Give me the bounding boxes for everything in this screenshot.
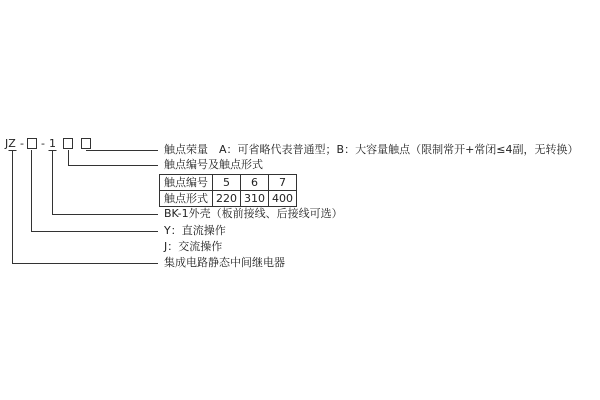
slot-box-contact-form	[63, 138, 73, 149]
model-dash: -	[20, 137, 24, 150]
table-row: 触点编号 5 6 7	[160, 175, 297, 191]
contact-spec-table: 触点编号 5 6 7 触点形式 220 310 400	[159, 174, 297, 207]
model-code-diagram: JZ - - 1 触点荣量 A：可省略代表普通型；B：大容量触点（限制常开+常闭…	[0, 0, 600, 400]
model-prefix: JZ	[5, 137, 16, 150]
slot-box-contact-capacity	[81, 138, 91, 149]
label-ac-operation: J：交流操作	[164, 240, 222, 254]
label-product-name: 集成电路静态中间继电器	[164, 256, 285, 270]
table-cell: 7	[269, 175, 297, 191]
model-dash: -	[41, 137, 45, 150]
connector-lines	[0, 0, 600, 400]
model-digit: 1	[49, 137, 56, 150]
slot-box-operation	[27, 138, 37, 149]
table-row-header: 触点形式	[160, 191, 213, 207]
label-contact-number-form: 触点编号及触点形式	[164, 158, 263, 172]
table-cell: 400	[269, 191, 297, 207]
table-row: 触点形式 220 310 400	[160, 191, 297, 207]
table-cell: 6	[241, 175, 269, 191]
label-dc-operation: Y：直流操作	[164, 224, 226, 238]
label-contact-capacity: 触点荣量 A：可省略代表普通型；B：大容量触点（限制常开+常闭≤4副，无转换）	[164, 143, 579, 157]
label-housing: BK-1外壳（板前接线、后接线可选）	[164, 207, 343, 221]
table-cell: 5	[213, 175, 241, 191]
table-cell: 220	[213, 191, 241, 207]
table-cell: 310	[241, 191, 269, 207]
table-row-header: 触点编号	[160, 175, 213, 191]
